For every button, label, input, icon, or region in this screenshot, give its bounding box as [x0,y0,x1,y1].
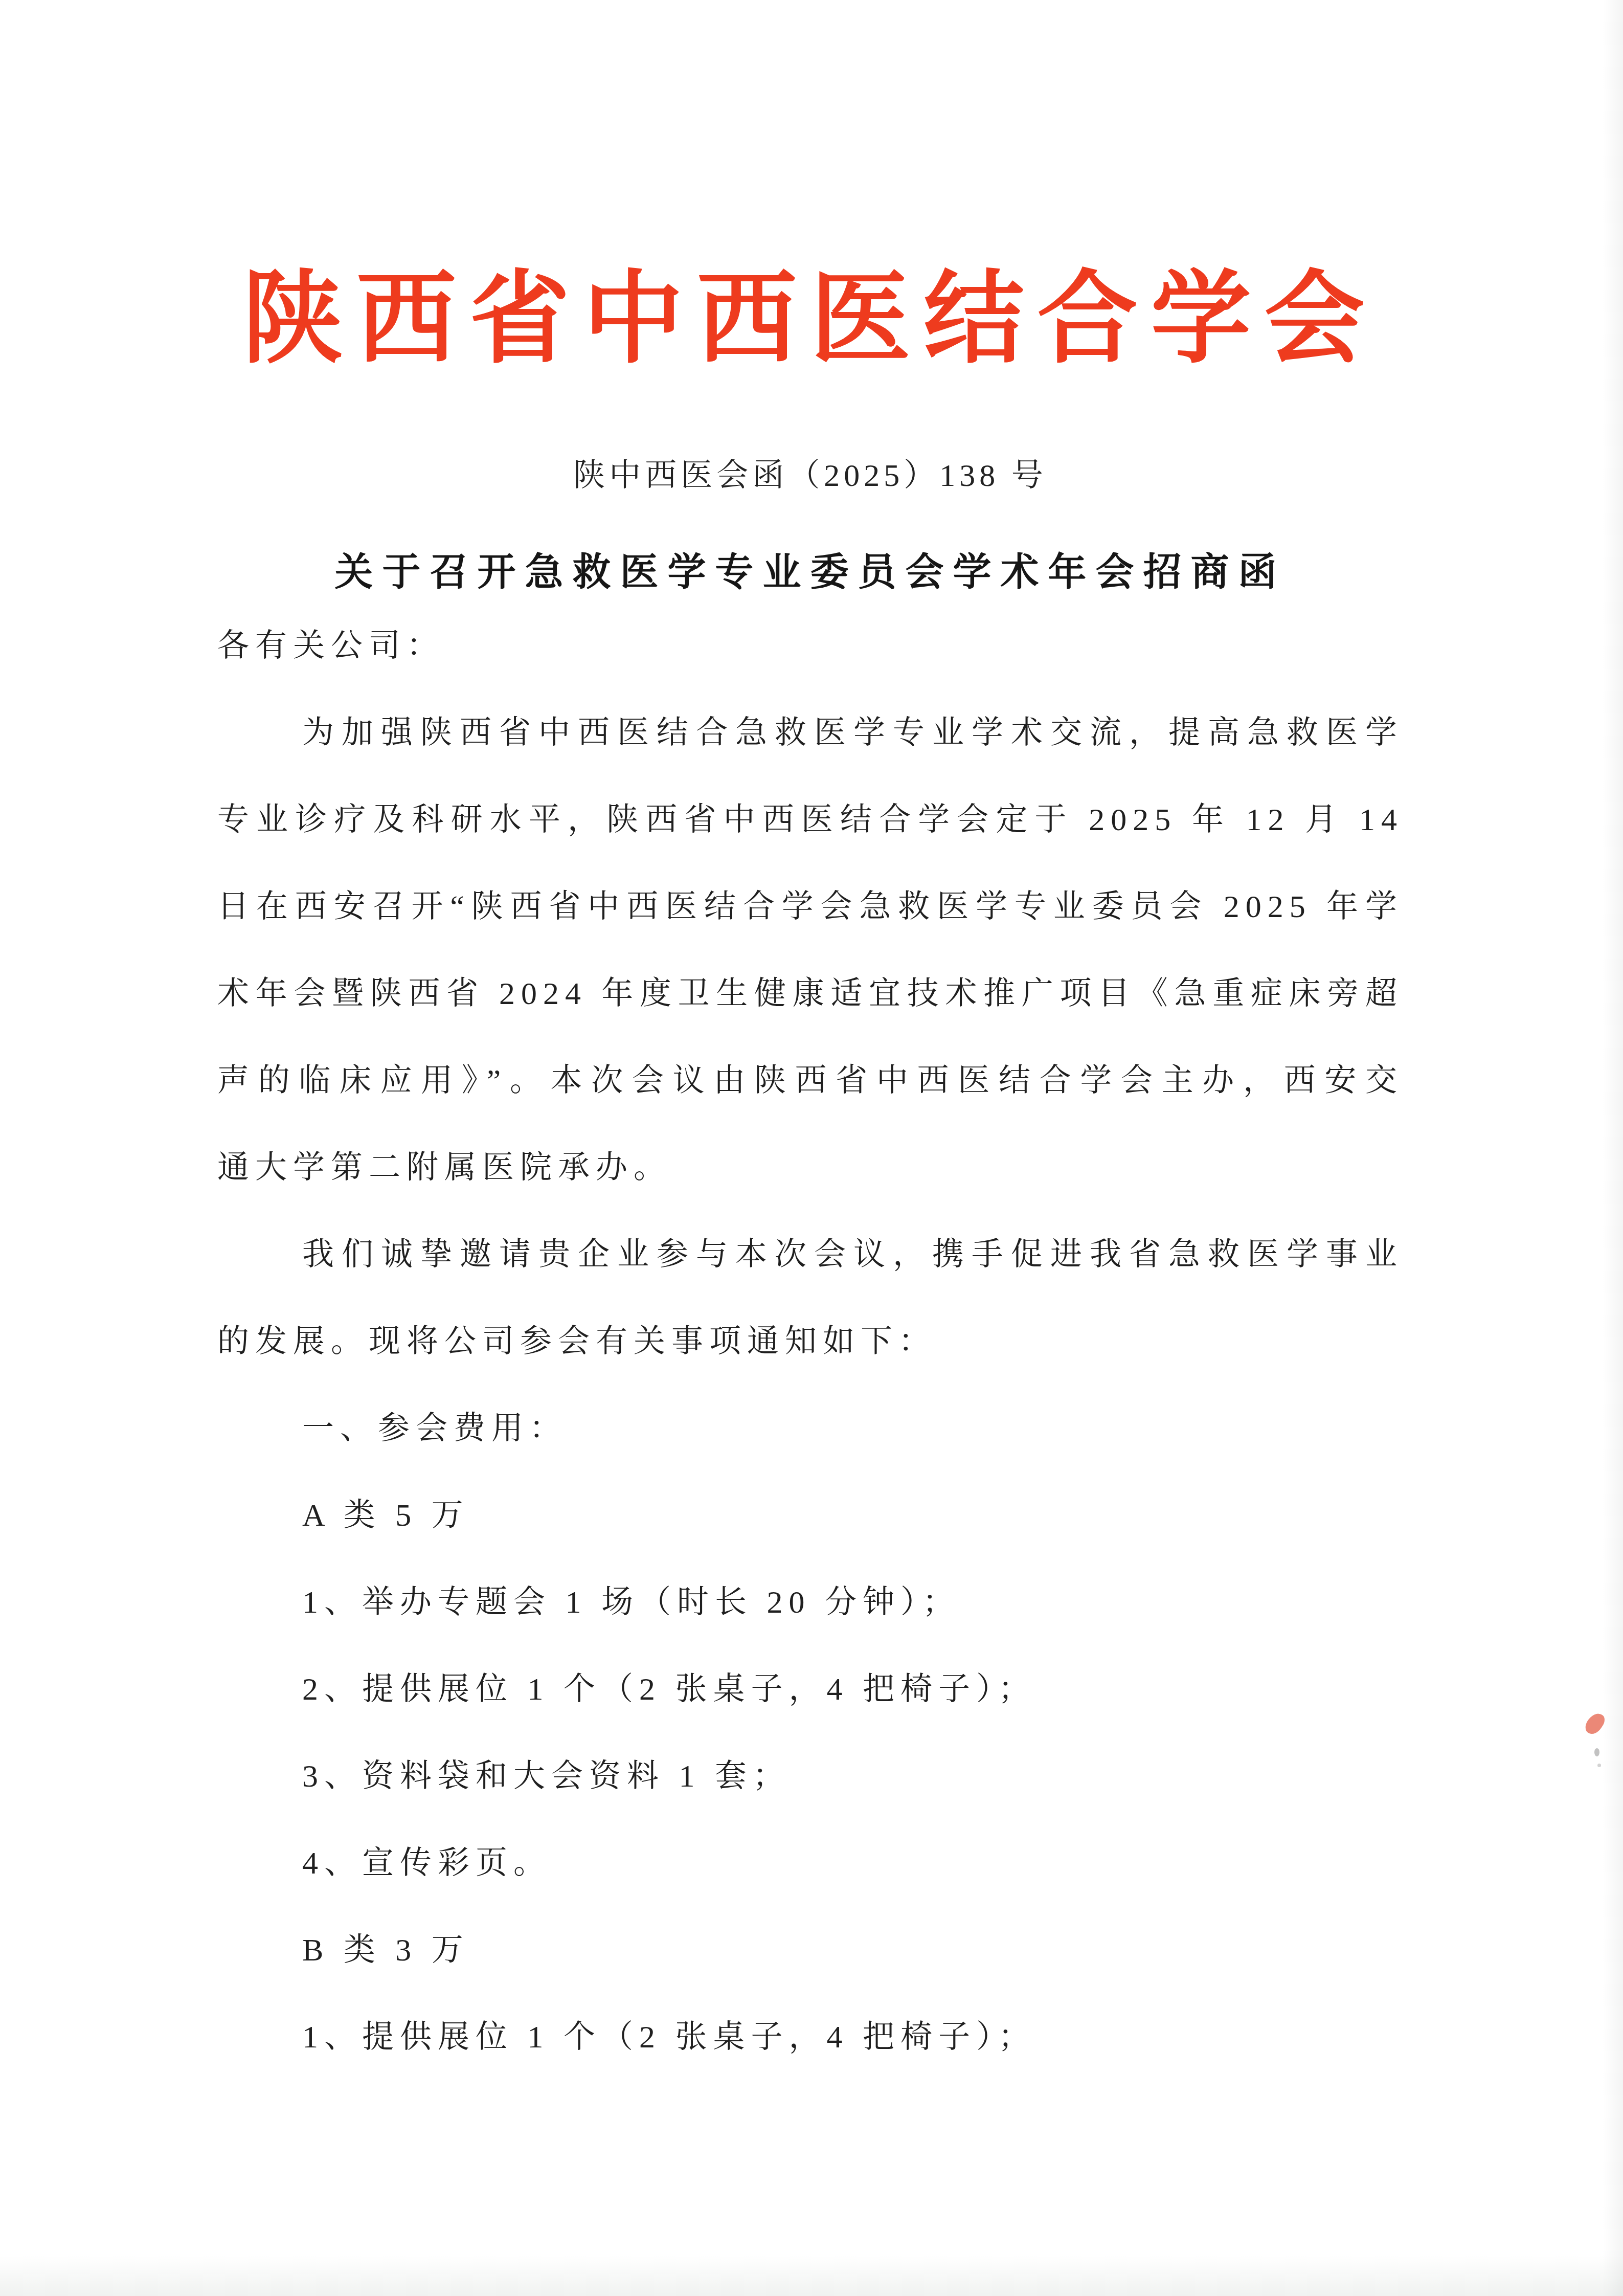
scan-edge-shadow-right [1603,0,1623,2296]
tier-a-item-4: 4、宣传彩页。 [217,1820,1403,1907]
letterhead-org-name: 陕西省中西医结合学会 [217,265,1403,374]
paragraph-line: 我们诚挚邀请贵企业参与本次会议，携手促进我省急救医学事业 [217,1211,1403,1298]
letter-subject-title: 关于召开急救医学专业委员会学术年会招商函 [217,548,1403,597]
tier-b-item-1: 1、提供展位 1 个（2 张桌子，4 把椅子）； [217,1994,1403,2081]
paragraph-line: 专业诊疗及科研水平，陕西省中西医结合学会定于 2025 年 12 月 14 [217,776,1403,863]
tier-a-item-1: 1、举办专题会 1 场（时长 20 分钟）； [217,1559,1403,1646]
paragraph-line: 声的临床应用》”。本次会议由陕西省中西医结合学会主办，西安交 [217,1037,1403,1124]
tier-b-heading: B 类 3 万 [217,1907,1403,1994]
tier-a-item-2: 2、提供展位 1 个（2 张桌子，4 把椅子）； [217,1646,1403,1733]
document-reference-number: 陕中西医会函（2025）138 号 [217,456,1403,495]
paragraph-line: 术年会暨陕西省 2024 年度卫生健康适宜技术推广项目《急重症床旁超 [217,950,1403,1037]
tier-a-item-3: 3、资料袋和大会资料 1 套； [217,1733,1403,1820]
paragraph-line: 为加强陕西省中西医结合急救医学专业学术交流，提高急救医学 [217,689,1403,776]
paragraph-line: 日在西安召开“陕西省中西医结合学会急救医学专业委员会 2025 年学 [217,863,1403,950]
paragraph-line: 通大学第二附属医院承办。 [217,1124,1403,1211]
section-heading-fees: 一、参会费用： [217,1385,1403,1472]
letter-body: 各有关公司： 为加强陕西省中西医结合急救医学专业学术交流，提高急救医学 专业诊疗… [217,603,1403,2081]
scan-edge-shadow-bottom [0,2255,1623,2296]
tier-a-heading: A 类 5 万 [217,1472,1403,1559]
scan-artifact-speck [1597,1764,1601,1767]
scan-artifact-speck [1594,1748,1599,1756]
paragraph-line: 的发展。现将公司参会有关事项通知如下： [217,1298,1403,1385]
salutation: 各有关公司： [217,603,1403,689]
letter-content: 陕西省中西医结合学会 陕中西医会函（2025）138 号 关于召开急救医学专业委… [217,0,1403,2081]
scanned-letter-page: 陕西省中西医结合学会 陕中西医会函（2025）138 号 关于召开急救医学专业委… [0,0,1623,2296]
